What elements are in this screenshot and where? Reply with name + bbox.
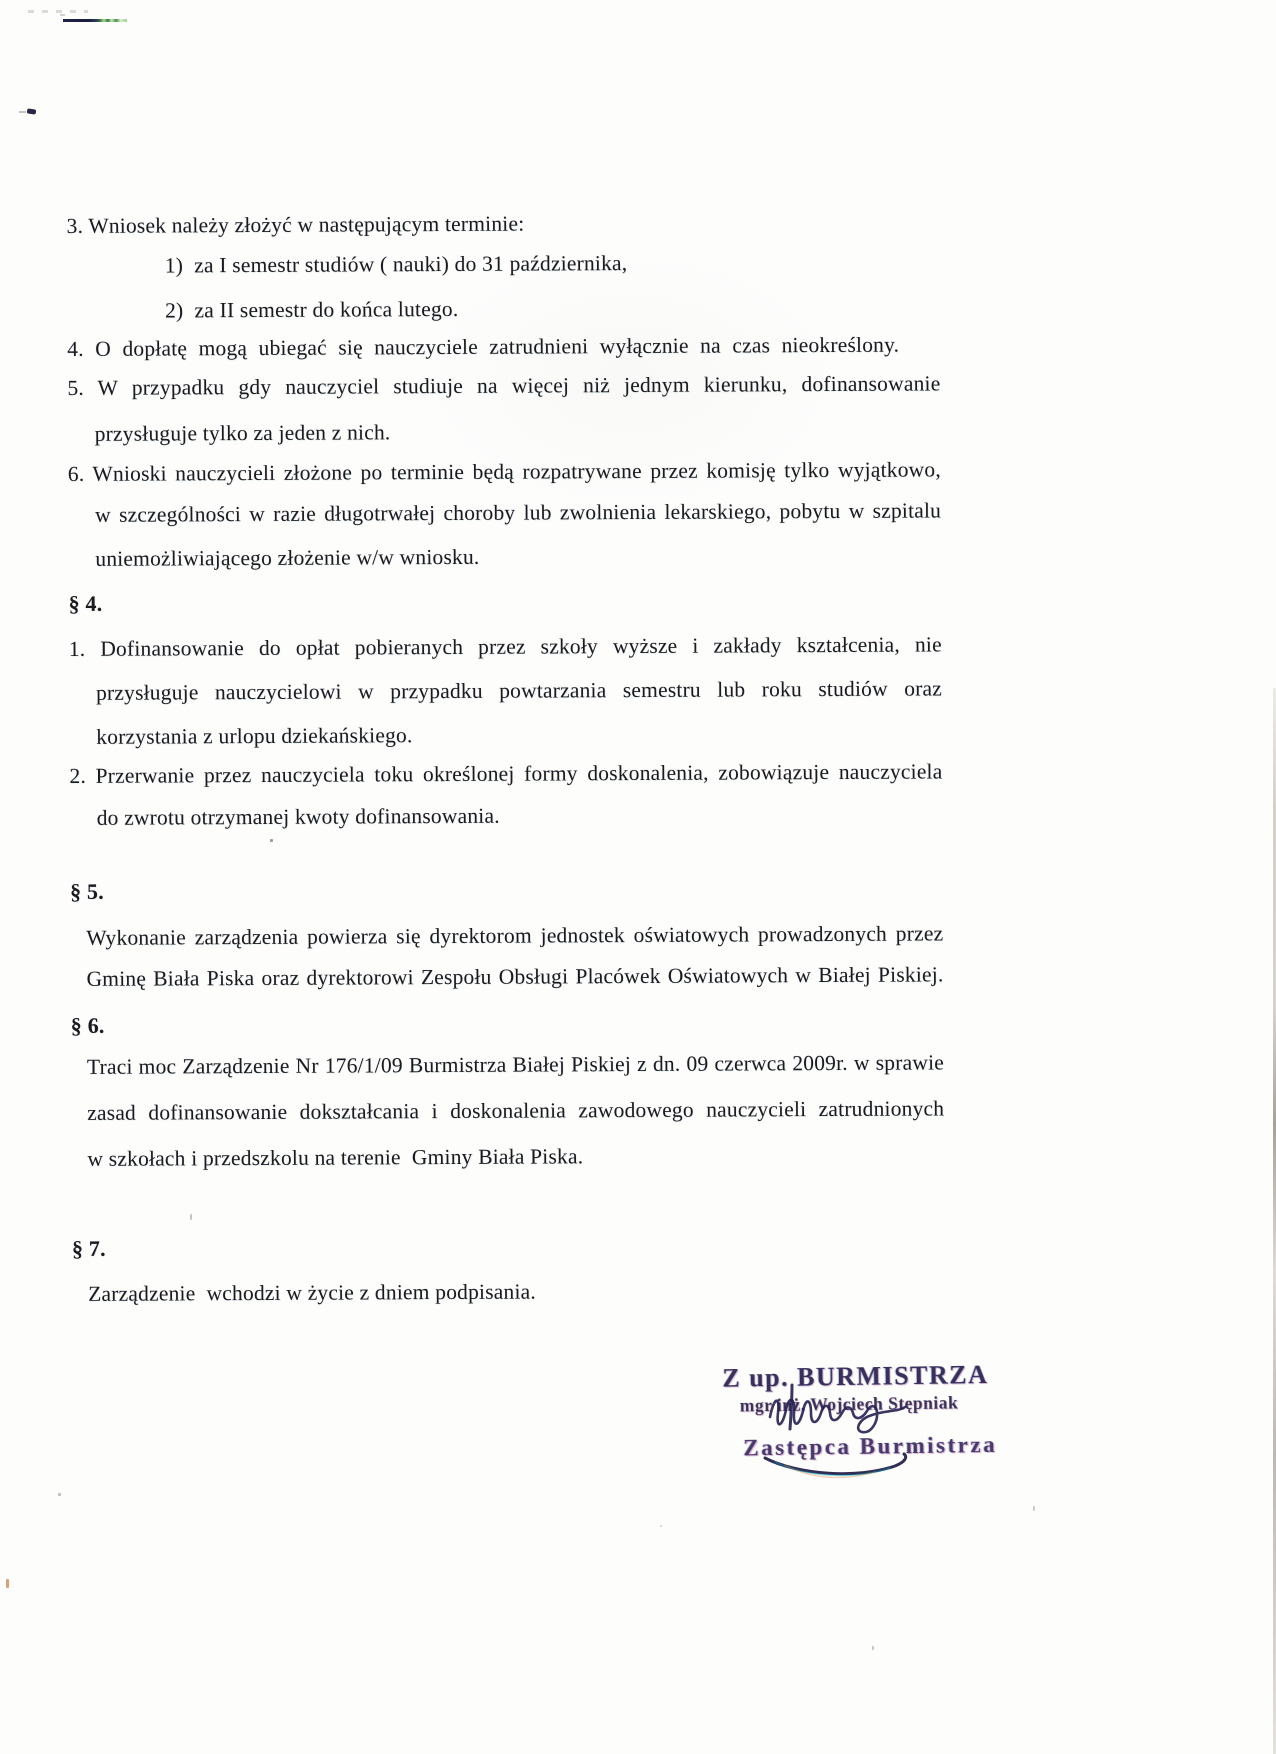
scanned-document-page: 3. Wniosek należy złożyć w następującym … [0, 0, 1276, 1754]
document-line: w szkołach i przedszkolu na terenie Gmin… [87, 1142, 944, 1171]
document-line: Traci moc Zarządzenie Nr 176/1/09 Burmis… [87, 1050, 944, 1079]
document-line: przysługuje tylko za jeden z nich. [95, 417, 941, 446]
section-heading: § 4. [68, 591, 102, 617]
document-line: 4. O dopłatę mogą ubiegać się nauczyciel… [67, 333, 899, 362]
document-line: 1. Dofinansowanie do opłat pobieranych p… [69, 632, 942, 662]
document-line: 2. Przerwanie przez nauczyciela toku okr… [69, 759, 942, 789]
document-line: uniemożliwiającego złożenie w/w wniosku. [95, 542, 941, 571]
document-line: w szczególności w razie długotrwałej cho… [95, 498, 941, 527]
document-line: 3. Wniosek należy złożyć w następującym … [67, 209, 940, 239]
document-subitem-line: 2) za II semestr do końca lutego. [165, 297, 459, 324]
document-line: Wykonanie zarządzenia powierza się dyrek… [86, 921, 943, 950]
document-line: Zarządzenie wchodzi w życie z dniem podp… [88, 1277, 945, 1306]
document-line: do zwrotu otrzymanej kwoty dofinansowani… [97, 801, 943, 830]
document-line: 5. W przypadku gdy nauczyciel studiuje n… [67, 371, 940, 401]
handwritten-signature [690, 1355, 990, 1485]
section-heading: § 7. [72, 1236, 106, 1262]
document-line: zasad dofinansowanie dokształcania i dos… [87, 1096, 944, 1125]
document-line: 6. Wnioski nauczycieli złożone po termin… [68, 457, 941, 487]
document-line: Gminę Biała Piska oraz dyrektorowi Zespo… [86, 962, 943, 991]
document-line: przysługuje nauczycielowi w przypadku po… [96, 676, 942, 705]
document-text-block: 3. Wniosek należy złożyć w następującym … [0, 0, 1276, 1754]
section-heading: § 5. [70, 879, 104, 905]
document-subitem-line: 1) za I semestr studiów ( nauki) do 31 p… [165, 251, 628, 278]
section-heading: § 6. [71, 1013, 105, 1039]
document-line: korzystania z urlopu dziekańskiego. [96, 720, 942, 749]
